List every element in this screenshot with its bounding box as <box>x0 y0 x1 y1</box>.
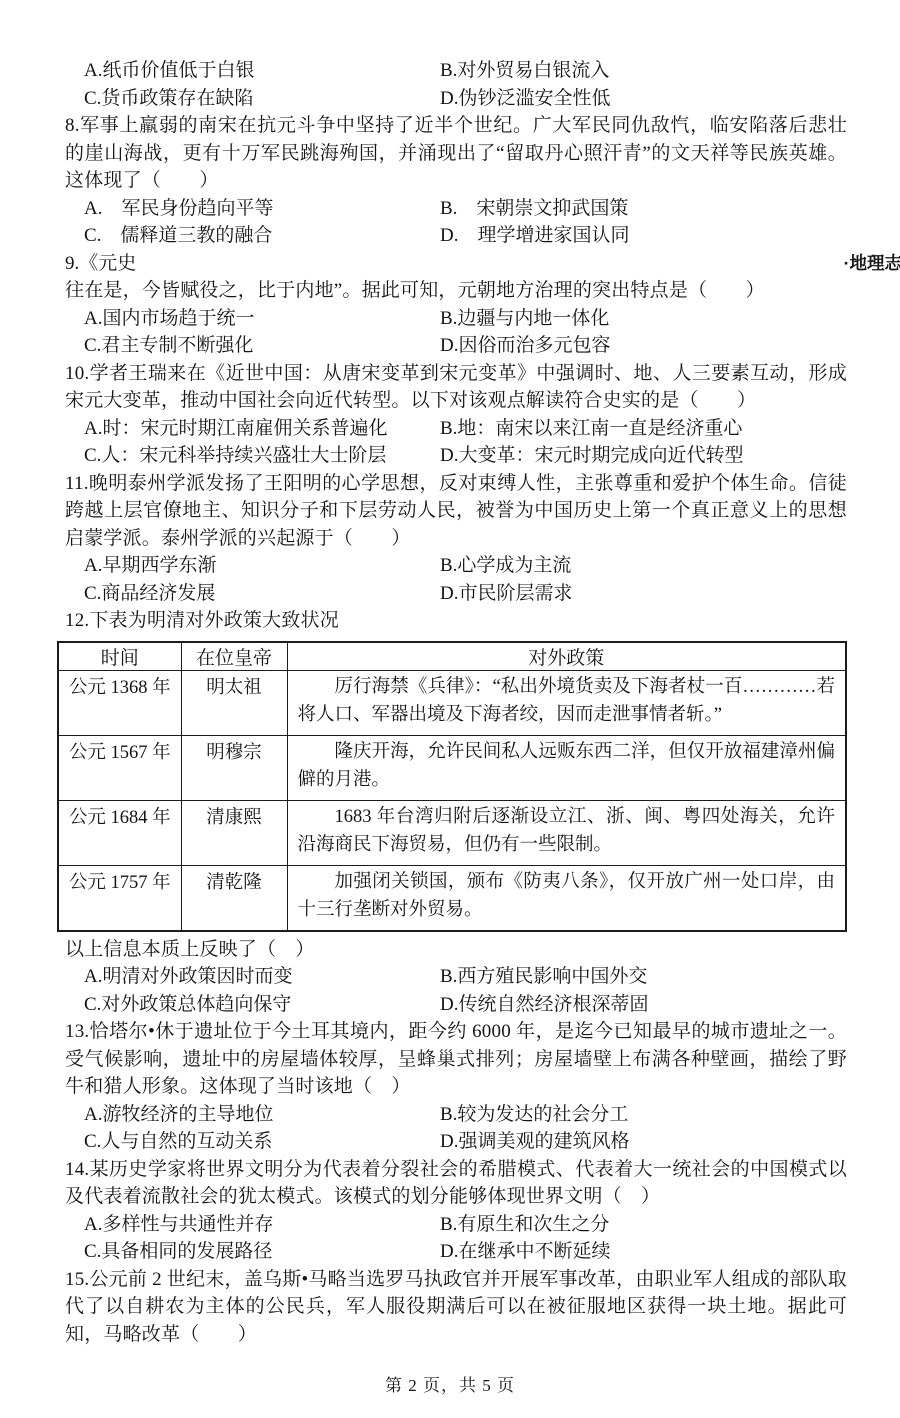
option-c: C.商品经济发展 <box>84 580 440 608</box>
cell-policy: 1683 年台湾归附后逐渐设立江、浙、闽、粤四处海关，允许沿海商民下海贸易，但仍… <box>287 800 846 865</box>
table-header-row: 时间 在位皇帝 对外政策 <box>58 642 846 671</box>
cell-emperor: 明穆宗 <box>181 735 287 800</box>
option-c: C.人：宋元科举持续兴盛壮大士阶层 <box>84 442 440 470</box>
table-row: 公元 1567 年 明穆宗 隆庆开海，允许民间私人远贩东西二洋，但仅开放福建漳州… <box>58 735 846 800</box>
option-b: B.较为发达的社会分工 <box>440 1101 847 1129</box>
question-15-stem: 15.公元前 2 世纪末，盖乌斯•马略当选罗马执政官并开展军事改革，由职业军人组… <box>65 1266 847 1349</box>
option-c: C.人与自然的互动关系 <box>84 1128 440 1156</box>
option-b: B.对外贸易白银流入 <box>440 57 847 85</box>
option-d: D.因俗而治多元包容 <box>440 332 847 360</box>
exam-content: A.纸币价值低于白银 B.对外贸易白银流入 C.货币政策存在缺陷 D.伪钞泛滥安… <box>65 57 847 1348</box>
stem-text: 9.《元史 <box>65 253 136 274</box>
question-8-stem: 8.军事上羸弱的南宋在抗元斗争中坚持了近半个世纪。广大军民同仇敌忾，临安陷落后悲… <box>65 112 847 195</box>
option-a: A.游牧经济的主导地位 <box>84 1101 440 1129</box>
option-b: B.有原生和次生之分 <box>440 1211 847 1239</box>
option-d: D.大变革：宋元时期完成向近代转型 <box>440 442 847 470</box>
question-10-stem: 10.学者王瑞来在《近世中国：从唐宋变革到宋元变革》中强调时、地、人三要素互动，… <box>65 360 847 415</box>
cell-policy: 加强闭关锁国，颁布《防夷八条》，仅开放广州一处口岸，由十三行垄断对外贸易。 <box>287 865 846 931</box>
cell-time: 公元 1567 年 <box>58 735 181 800</box>
cell-policy: 厉行海禁《兵律》：“私出外境货卖及下海者杖一百…………若将人口、军器出境及下海者… <box>287 670 846 735</box>
option-d: D.在继承中不断延续 <box>440 1238 847 1266</box>
option-a: A.明清对外政策因时而变 <box>84 963 440 991</box>
option-a: A.纸币价值低于白银 <box>84 57 440 85</box>
exam-page: A.纸币价值低于白银 B.对外贸易白银流入 C.货币政策存在缺陷 D.伪钞泛滥安… <box>0 0 900 1418</box>
table-row: 公元 1684 年 清康熙 1683 年台湾归附后逐渐设立江、浙、闽、粤四处海关… <box>58 800 846 865</box>
question-12-question: 以上信息本质上反映了（ ） <box>65 936 847 964</box>
option-c: C. 儒释道三教的融合 <box>84 222 440 250</box>
question-13-options: A.游牧经济的主导地位 B.较为发达的社会分工 C.人与自然的互动关系 D.强调… <box>65 1101 847 1156</box>
option-a: A.时：宋元时期江南雇佣关系普遍化 <box>84 415 440 443</box>
table-row: 公元 1368 年 明太祖 厉行海禁《兵律》：“私出外境货卖及下海者杖一百………… <box>58 670 846 735</box>
header-time: 时间 <box>58 642 181 671</box>
table-row: 公元 1757 年 清乾隆 加强闭关锁国，颁布《防夷八条》，仅开放广州一处口岸，… <box>58 865 846 931</box>
option-d: D.伪钞泛滥安全性低 <box>440 85 847 113</box>
cell-emperor: 清康熙 <box>181 800 287 865</box>
question-11-options: A.早期西学东渐 B.心学成为主流 C.商品经济发展 D.市民阶层需求 <box>65 552 847 607</box>
option-b: B.地：南宋以来江南一直是经济重心 <box>440 415 847 443</box>
margin-note: ·地理志 <box>844 250 900 278</box>
option-c: C.对外政策总体趋向保守 <box>84 991 440 1019</box>
option-c: C.具备相同的发展路径 <box>84 1238 440 1266</box>
option-b: B.心学成为主流 <box>440 552 847 580</box>
cell-time: 公元 1757 年 <box>58 865 181 931</box>
option-b: B.边疆与内地一体化 <box>440 305 847 333</box>
question-12-intro: 12.下表为明清对外政策大致状况 <box>65 607 847 635</box>
question-11-stem: 11.晚明泰州学派发扬了王阳明的心学思想，反对束缚人性，主张尊重和爱护个体生命。… <box>65 470 847 553</box>
page-footer: 第 2 页，共 5 页 <box>0 1371 900 1396</box>
option-a: A.早期西学东渐 <box>84 552 440 580</box>
question-14-options: A.多样性与共通性并存 B.有原生和次生之分 C.具备相同的发展路径 D.在继承… <box>65 1211 847 1266</box>
question-9-stem-line1: 9.《元史 ·地理志 <box>65 250 847 278</box>
option-b: B.西方殖民影响中国外交 <box>440 963 847 991</box>
option-c: C.货币政策存在缺陷 <box>84 85 440 113</box>
question-13-stem: 13.恰塔尔•休于遗址位于今土耳其境内，距今约 6000 年，是迄今已知最早的城… <box>65 1018 847 1101</box>
cell-emperor: 明太祖 <box>181 670 287 735</box>
option-c: C.君主专制不断强化 <box>84 332 440 360</box>
option-a: A. 军民身份趋向平等 <box>84 195 440 223</box>
option-d: D. 理学增进家国认同 <box>440 222 847 250</box>
question-12-options: A.明清对外政策因时而变 B.西方殖民影响中国外交 C.对外政策总体趋向保守 D… <box>65 963 847 1018</box>
option-d: D.市民阶层需求 <box>440 580 847 608</box>
question-9-stem-line2: 往在是，今皆赋役之，比于内地”。据此可知，元朝地方治理的突出特点是（ ） <box>65 277 847 305</box>
option-d: D.强调美观的建筑风格 <box>440 1128 847 1156</box>
header-emperor: 在位皇帝 <box>181 642 287 671</box>
header-policy: 对外政策 <box>287 642 846 671</box>
foreign-policy-table: 时间 在位皇帝 对外政策 公元 1368 年 明太祖 厉行海禁《兵律》：“私出外… <box>57 641 847 932</box>
question-14-stem: 14.某历史学家将世界文明分为代表着分裂社会的希腊模式、代表着大一统社会的中国模… <box>65 1156 847 1211</box>
question-9-options: A.国内市场趋于统一 B.边疆与内地一体化 C.君主专制不断强化 D.因俗而治多… <box>65 305 847 360</box>
cell-policy: 隆庆开海，允许民间私人远贩东西二洋，但仅开放福建漳州偏僻的月港。 <box>287 735 846 800</box>
option-b: B. 宋朝崇文抑武国策 <box>440 195 847 223</box>
question-8-options: A. 军民身份趋向平等 B. 宋朝崇文抑武国策 C. 儒释道三教的融合 D. 理… <box>65 195 847 250</box>
option-a: A.多样性与共通性并存 <box>84 1211 440 1239</box>
cell-time: 公元 1684 年 <box>58 800 181 865</box>
question-7-options: A.纸币价值低于白银 B.对外贸易白银流入 C.货币政策存在缺陷 D.伪钞泛滥安… <box>65 57 847 112</box>
question-10-options: A.时：宋元时期江南雇佣关系普遍化 B.地：南宋以来江南一直是经济重心 C.人：… <box>65 415 847 470</box>
cell-time: 公元 1368 年 <box>58 670 181 735</box>
option-a: A.国内市场趋于统一 <box>84 305 440 333</box>
cell-emperor: 清乾隆 <box>181 865 287 931</box>
option-d: D.传统自然经济根深蒂固 <box>440 991 847 1019</box>
